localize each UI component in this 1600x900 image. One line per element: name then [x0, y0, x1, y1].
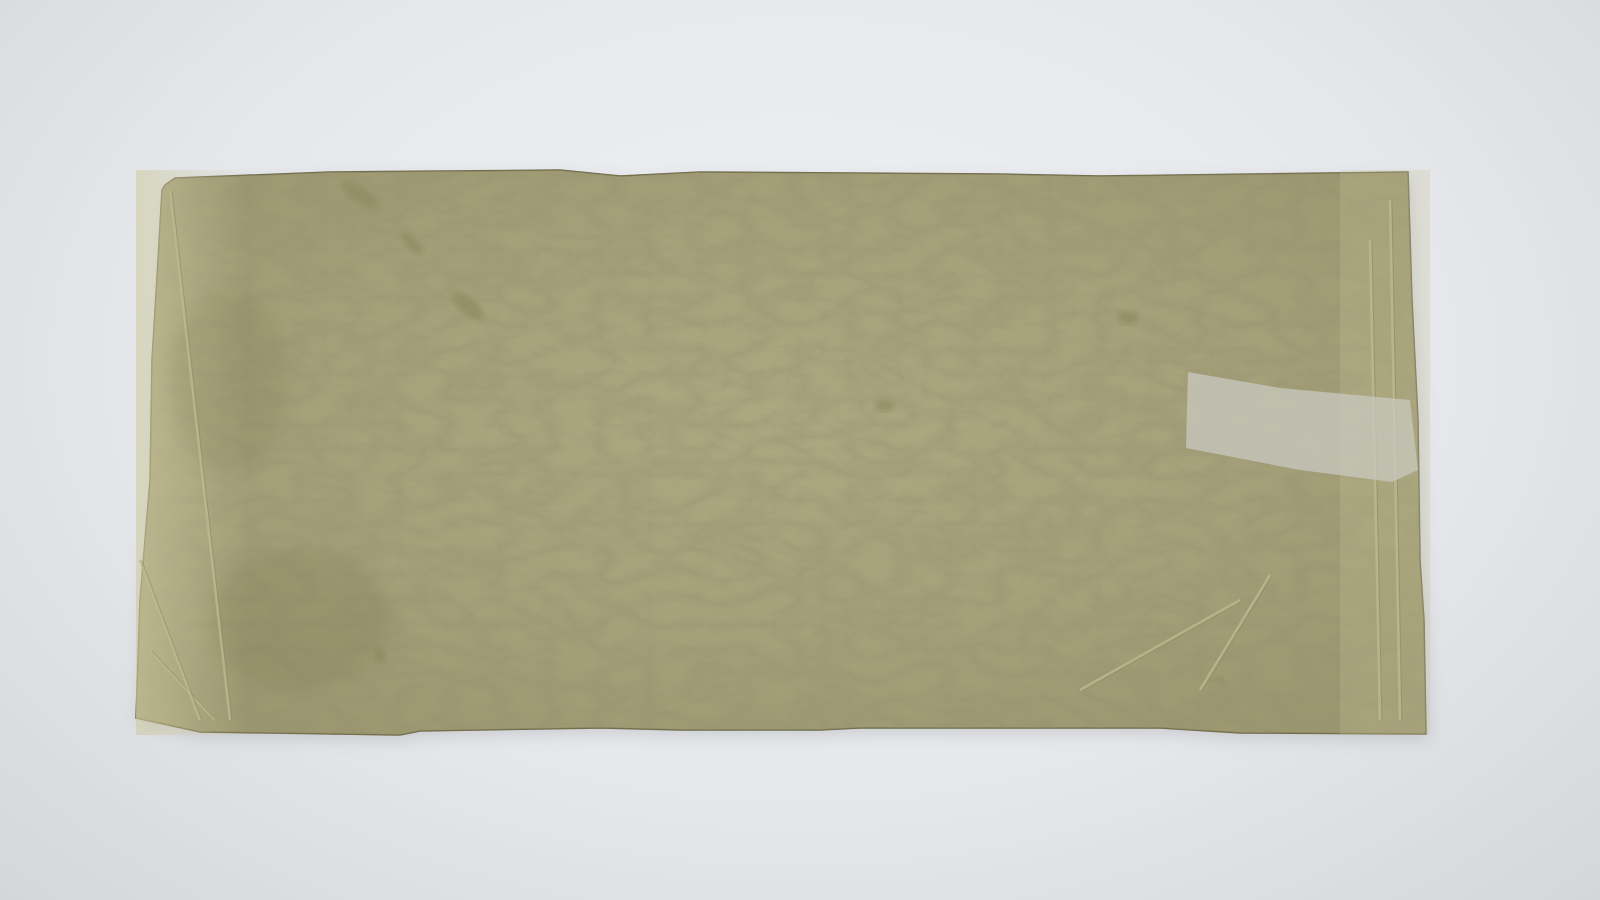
stain-mark [374, 647, 386, 663]
stain-mark [875, 400, 895, 412]
paper-dark-mottle [170, 290, 290, 470]
stain-mark [1118, 311, 1138, 325]
paper-dark-mottle [210, 550, 390, 690]
aged-paper-note [0, 0, 1600, 900]
paper-illustration [0, 0, 1600, 900]
